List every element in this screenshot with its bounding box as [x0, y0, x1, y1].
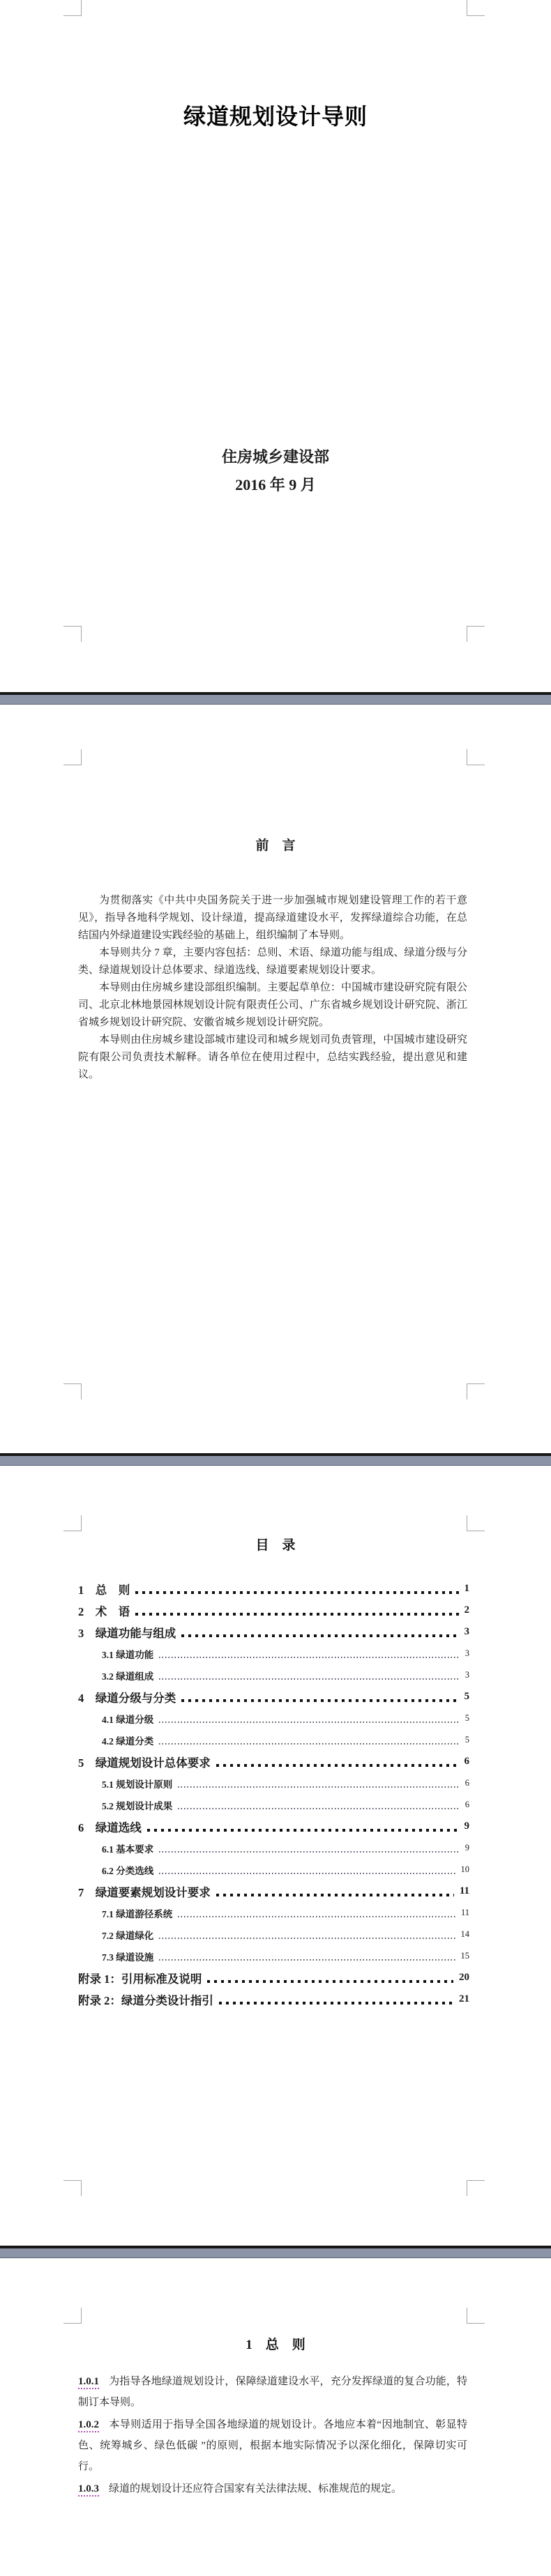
dot-leader [159, 1959, 455, 1961]
clause: 1.0.2本导则适用于指导全国各地绿道的规划设计。各地应本着“因地制宜、彰显特色… [78, 2414, 467, 2477]
toc-entry-page: 20 [459, 1972, 469, 1984]
page-separator [0, 2246, 551, 2258]
crop-mark-icon [63, 1515, 82, 1531]
clause: 1.0.1为指导各地绿道规划设计，保障绿道建设水平，充分发挥绿道的复合功能，特制… [78, 2371, 467, 2413]
dot-leader [135, 1591, 458, 1594]
dot-leader [207, 1980, 453, 1983]
dot-leader [159, 1938, 455, 1939]
toc-entry-page: 5 [465, 1735, 469, 1745]
toc-entry-label: 5 绿道规划设计总体要求 [78, 1754, 211, 1770]
toc-list: 1 总 则1 2 术 语2 3 绿道功能与组成3 3.1 绿道功能3 3.2 绿… [78, 1578, 469, 2010]
toc-entry-label: 5.1 规划设计原则 [102, 1777, 172, 1791]
crop-mark-icon [63, 1383, 82, 1400]
crop-mark-icon [467, 626, 485, 642]
toc-entry: 6.2 分类选线10 [78, 1859, 469, 1880]
toc-entry-label: 3.1 绿道功能 [102, 1647, 153, 1661]
crop-mark-icon [63, 749, 82, 765]
toc-entry: 5 绿道规划设计总体要求6 [78, 1751, 469, 1772]
publisher: 住房城乡建设部 [0, 449, 551, 466]
dot-leader [178, 1808, 460, 1809]
toc-entry: 3.2 绿道组成3 [78, 1664, 469, 1686]
clause-text: 绿道的规划设计还应符合国家有关法律法规、标准规范的规定。 [109, 2483, 402, 2494]
dot-leader [159, 1722, 460, 1723]
toc-entry: 5.2 规划设计成果6 [78, 1794, 469, 1816]
toc-entry-label: 4.2 绿道分类 [102, 1733, 153, 1747]
toc-entry-page: 5 [465, 1691, 470, 1703]
toc-entry: 6.1 基本要求9 [78, 1837, 469, 1859]
toc-entry-label: 5.2 规划设计成果 [102, 1798, 172, 1812]
toc-entry: 5.1 规划设计原则6 [78, 1772, 469, 1794]
toc-entry: 1 总 则1 [78, 1578, 469, 1600]
crop-mark-icon [467, 2180, 485, 2196]
toc-entry-page: 6 [465, 1778, 469, 1788]
toc-entry: 4.2 绿道分类5 [78, 1729, 469, 1751]
dot-leader [178, 1786, 460, 1788]
toc-entry-label: 6.1 基本要求 [102, 1841, 153, 1855]
toc-entry-label: 6.2 分类选线 [102, 1863, 153, 1877]
clause-text: 本导则适用于指导全国各地绿道的规划设计。各地应本着“因地制宜、彰显特色、统筹城乡… [78, 2419, 467, 2472]
toc-entry-page: 1 [465, 1583, 470, 1595]
toc-entry-page: 5 [465, 1713, 469, 1724]
toc-entry-label: 3 绿道功能与组成 [78, 1624, 176, 1641]
toc-entry: 3 绿道功能与组成3 [78, 1621, 469, 1643]
toc-entry-label: 7 绿道要素规划设计要求 [78, 1883, 211, 1900]
toc-entry-page: 21 [459, 1993, 469, 2005]
clause-number: 1.0.3 [78, 2483, 99, 2497]
clause: 1.0.3绿道的规划设计还应符合国家有关法律法规、标准规范的规定。 [78, 2478, 467, 2499]
crop-mark-icon [467, 1383, 485, 1400]
toc-entry: 7.3 绿道设施15 [78, 1945, 469, 1967]
crop-mark-icon [63, 0, 82, 16]
toc-entry-page: 10 [461, 1864, 470, 1875]
clause-number: 1.0.1 [78, 2376, 99, 2389]
toc-entry-page: 6 [465, 1756, 470, 1768]
document-title: 绿道规划设计导则 [0, 103, 551, 130]
page-separator [0, 692, 551, 705]
toc-entry-page: 9 [465, 1820, 470, 1832]
chapter1-body: 1.0.1为指导各地绿道规划设计，保障绿道建设水平，充分发挥绿道的复合功能，特制… [78, 2371, 467, 2501]
toc-entry-page: 6 [465, 1800, 469, 1810]
dot-leader [159, 1678, 460, 1680]
crop-mark-icon [467, 0, 485, 16]
dot-leader [147, 1829, 459, 1832]
dot-leader [216, 1764, 459, 1767]
toc-entry-page: 3 [465, 1670, 469, 1680]
toc-entry: 7.1 绿道游径系统11 [78, 1902, 469, 1924]
toc-heading: 目 录 [0, 1537, 551, 1555]
toc-entry-label: 3.2 绿道组成 [102, 1669, 153, 1682]
toc-entry: 4 绿道分级与分类5 [78, 1686, 469, 1708]
toc-entry-page: 9 [465, 1843, 469, 1853]
toc-entry-label: 附录 1：引用标准及说明 [78, 1970, 202, 1986]
clause-number: 1.0.2 [78, 2419, 99, 2432]
toc-entry-label: 6 绿道选线 [78, 1818, 142, 1835]
dot-leader [219, 2002, 453, 2004]
dot-leader [181, 1699, 458, 1702]
toc-entry-label: 7.3 绿道设施 [102, 1949, 153, 1963]
toc-entry: 3.1 绿道功能3 [78, 1643, 469, 1664]
dot-leader [159, 1873, 455, 1874]
toc-entry-label: 2 术 语 [78, 1602, 130, 1619]
preface-heading: 前 言 [0, 837, 551, 855]
dot-leader [159, 1851, 460, 1853]
toc-entry-page: 3 [465, 1626, 470, 1638]
toc-entry: 7.2 绿道绿化14 [78, 1924, 469, 1945]
preface-paragraph: 本导则由住房城乡建设部城市建设司和城乡规划司负责管理，中国城市建设研究院有限公司… [78, 1032, 467, 1084]
toc-entry-label: 7.2 绿道绿化 [102, 1928, 153, 1942]
dot-leader [159, 1657, 460, 1658]
toc-entry-label: 1 总 则 [78, 1581, 130, 1597]
toc-entry: 4.1 绿道分级5 [78, 1708, 469, 1729]
crop-mark-icon [63, 2308, 82, 2324]
preface-paragraph: 本导则由住房城乡建设部组织编制。主要起草单位：中国城市建设研究院有限公司、北京北… [78, 979, 467, 1032]
chapter1-heading: 1 总 则 [0, 2336, 551, 2354]
preface-paragraph: 为贯彻落实《中共中央国务院关于进一步加强城市规划建设管理工作的若干意见》，指导各… [78, 892, 467, 944]
toc-entry-page: 3 [465, 1648, 469, 1659]
page-separator [0, 1453, 551, 1466]
crop-mark-icon [467, 749, 485, 765]
toc-entry-page: 14 [461, 1929, 470, 1940]
dot-leader [181, 1634, 458, 1637]
toc-entry: 6 绿道选线9 [78, 1816, 469, 1837]
toc-entry: 附录 1：引用标准及说明20 [78, 1967, 469, 1988]
toc-entry: 2 术 语2 [78, 1600, 469, 1621]
toc-entry-page: 15 [461, 1951, 470, 1961]
toc-entry: 附录 2：绿道分类设计指引21 [78, 1988, 469, 2010]
preface-body: 为贯彻落实《中共中央国务院关于进一步加强城市规划建设管理工作的若干意见》，指导各… [78, 892, 467, 1084]
document-print-view: 绿道规划设计导则 住房城乡建设部 2016 年 9 月 前 言 为贯彻落实《中共… [0, 0, 551, 2576]
toc-entry-label: 附录 2：绿道分类设计指引 [78, 1991, 213, 2008]
toc-entry-label: 4 绿道分级与分类 [78, 1689, 176, 1705]
toc-entry-page: 2 [465, 1604, 470, 1616]
toc-entry-label: 7.1 绿道游径系统 [102, 1906, 172, 1920]
dot-leader [178, 1916, 455, 1917]
toc-entry: 7 绿道要素规划设计要求11 [78, 1880, 469, 1902]
toc-entry-label: 4.1 绿道分级 [102, 1712, 153, 1726]
preface-paragraph: 本导则共分 7 章，主要内容包括：总则、术语、绿道功能与组成、绿道分级与分类、绿… [78, 944, 467, 979]
toc-entry-page: 11 [460, 1885, 469, 1897]
crop-mark-icon [63, 2180, 82, 2196]
crop-mark-icon [63, 626, 82, 642]
crop-mark-icon [467, 1515, 485, 1531]
dot-leader [159, 1743, 460, 1745]
dot-leader [216, 1894, 454, 1896]
toc-entry-page: 11 [461, 1908, 469, 1918]
publish-date: 2016 年 9 月 [0, 477, 551, 493]
crop-mark-icon [467, 2308, 485, 2324]
clause-text: 为指导各地绿道规划设计，保障绿道建设水平，充分发挥绿道的复合功能，特制订本导则。 [78, 2376, 467, 2408]
dot-leader [135, 1613, 458, 1616]
